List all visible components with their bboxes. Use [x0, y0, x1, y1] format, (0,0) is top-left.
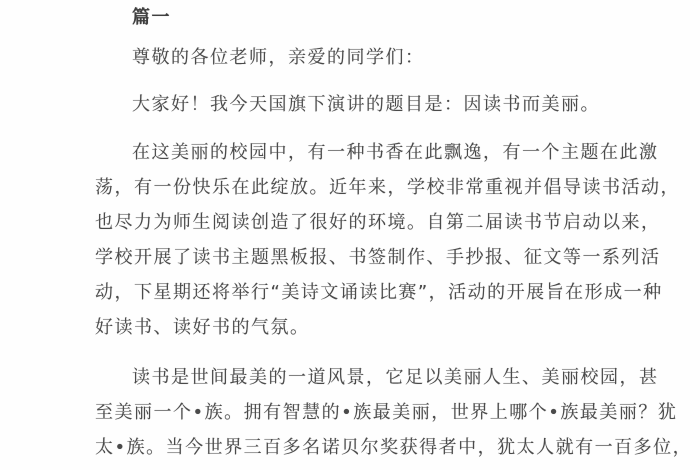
text-line: 好读书、读好书的气氛。 — [95, 310, 635, 345]
text-line: 在这美丽的校园中，有一种书香在此飘逸，有一个主题在此激 — [95, 135, 635, 170]
text-line: 也尽力为师生阅读创造了很好的环境。自第二届读书节启动以来， — [95, 205, 635, 240]
section-heading: 篇一 — [95, 0, 635, 35]
document-content: 篇一 尊敬的各位老师，亲爱的同学们： 大家好！我今天国旗下演讲的题目是：因读书而… — [95, 0, 635, 465]
paragraph-reading-activities: 在这美丽的校园中，有一种书香在此飘逸，有一个主题在此激 荡，有一份快乐在此绽放。… — [95, 135, 635, 345]
text-line: 动，下星期还将举行“美诗文诵读比赛”，活动的开展旨在形成一种 — [95, 275, 635, 310]
paragraph-reading-beauty: 读书是世间最美的一道风景，它足以美丽人生、美丽校园，甚 至美丽一个•族。拥有智慧… — [95, 360, 635, 465]
text-line: 荡，有一份快乐在此绽放。近年来，学校非常重视并倡导读书活动， — [95, 170, 635, 205]
text-line: 太•族。当今世界三百多名诺贝尔奖获得者中，犹太人就有一百多位， — [95, 430, 635, 465]
text-line: 读书是世间最美的一道风景，它足以美丽人生、美丽校园，甚 — [95, 360, 635, 395]
salutation-line: 尊敬的各位老师，亲爱的同学们： — [95, 40, 635, 75]
opening-line: 大家好！我今天国旗下演讲的题目是：因读书而美丽。 — [95, 87, 635, 122]
text-line: 学校开展了读书主题黑板报、书签制作、手抄报、征文等一系列活 — [95, 240, 635, 275]
text-line: 至美丽一个•族。拥有智慧的•族最美丽，世界上哪个•族最美丽？犹 — [95, 395, 635, 430]
document-page: 篇一 尊敬的各位老师，亲爱的同学们： 大家好！我今天国旗下演讲的题目是：因读书而… — [0, 0, 700, 470]
